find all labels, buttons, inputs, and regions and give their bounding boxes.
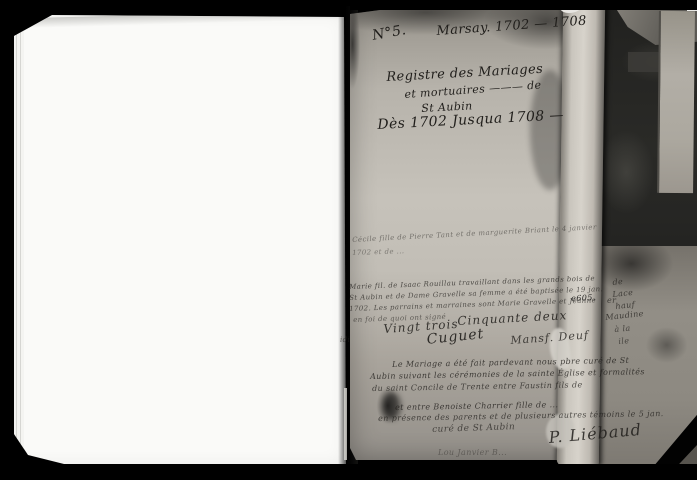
faint-stamp-mark bbox=[628, 52, 662, 72]
book-page-edges-strip bbox=[657, 11, 695, 193]
margin-fragment-number: e605. bbox=[571, 293, 596, 303]
margin-note: idi bbox=[340, 336, 350, 344]
margin-fragment: à la bbox=[614, 324, 631, 334]
page-edge-sliver bbox=[344, 388, 347, 460]
page-top-edge-shadow bbox=[12, 9, 342, 28]
scan-top-band bbox=[350, 0, 697, 10]
margin-fragment: er bbox=[607, 296, 616, 305]
margin-fragment: de bbox=[612, 277, 624, 287]
scanned-register-spread: N°5. Marsay. 1702 — 1708 Registre des Ma… bbox=[0, 0, 697, 480]
page-edge-texture bbox=[8, 12, 24, 466]
torn-page-edge bbox=[557, 0, 606, 470]
faint-bottom-line: Lou Janvier B... bbox=[438, 448, 507, 457]
scan-bottom-band bbox=[0, 464, 697, 480]
blank-left-page bbox=[8, 12, 346, 466]
margin-fragment: ile bbox=[618, 336, 630, 346]
